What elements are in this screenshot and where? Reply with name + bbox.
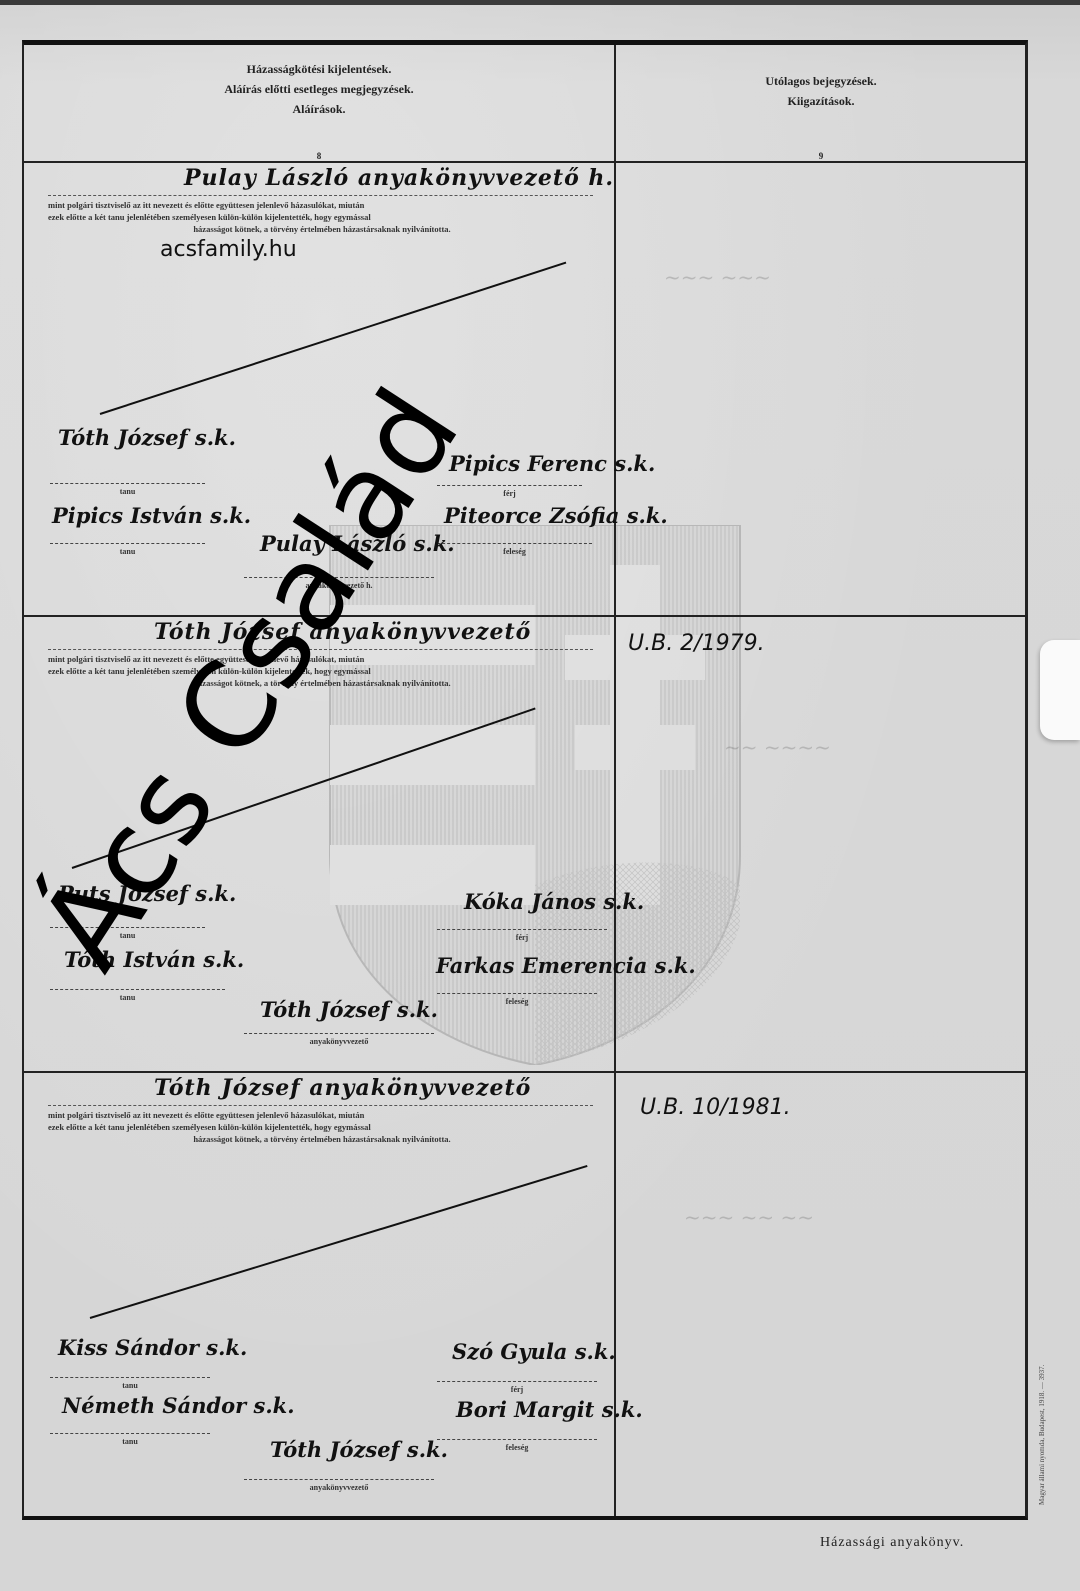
registrar-signature: Tóth József s.k. <box>260 997 438 1022</box>
signature-line <box>244 1479 434 1480</box>
printed-declaration: mint polgári tisztviselő az itt nevezett… <box>48 199 596 211</box>
bride-signature: Bori Margit s.k. <box>456 1397 643 1422</box>
column-number: 8 <box>24 151 614 161</box>
role-label: férj <box>437 1385 597 1394</box>
role-label: tanu <box>50 993 205 1002</box>
column-header-signatures: Házasságkötési kijelentések. Aláírás elő… <box>24 45 614 163</box>
bride-signature: Piteorce Zsófia s.k. <box>444 503 668 528</box>
later-entry-annotation: U.B. 2/1979. <box>628 631 765 656</box>
site-watermark: acsfamily.hu <box>160 237 297 262</box>
role-label: tanu <box>50 487 205 496</box>
role-label: tanu <box>50 1381 210 1390</box>
groom-signature: Kóka János s.k. <box>464 889 644 914</box>
printed-declaration: ezek előtte a két tanu jelenlétében szem… <box>48 1121 596 1133</box>
header-text: Kiigazítások. <box>616 91 1026 111</box>
role-label: anyakönyvvezető <box>244 1037 434 1046</box>
column-divider <box>614 45 616 1516</box>
role-label: feleség <box>437 547 592 556</box>
groom-signature: Szó Gyula s.k. <box>452 1339 616 1364</box>
witness-signature: Németh Sándor s.k. <box>62 1393 295 1418</box>
header-text: Házasságkötési kijelentések. <box>24 59 614 79</box>
header-text: Aláírás előtti esetleges megjegyzések. <box>24 79 614 99</box>
signature-line <box>437 543 592 544</box>
registrar-signature: Tóth József s.k. <box>270 1437 448 1462</box>
role-label: tanu <box>50 547 205 556</box>
signature-line <box>437 1439 597 1440</box>
header-text: Utólagos bejegyzések. <box>616 71 1026 91</box>
signature-line <box>50 989 225 990</box>
role-label: férj <box>437 489 582 498</box>
column-number: 9 <box>616 151 1026 161</box>
witness-signature: Kiss Sándor s.k. <box>58 1335 247 1360</box>
witness-signature: Tóth József s.k. <box>58 425 236 450</box>
printed-declaration: házasságot kötnek, a törvény értelmében … <box>48 1133 596 1145</box>
signature-line <box>50 543 205 544</box>
role-label: feleség <box>437 1443 597 1452</box>
role-label: tanu <box>50 1437 210 1446</box>
printed-declaration: mint polgári tisztviselő az itt nevezett… <box>48 1109 596 1121</box>
header-text: Aláírások. <box>24 99 614 119</box>
signature-line <box>437 485 582 486</box>
signature-line <box>437 1381 597 1382</box>
signature-line <box>50 1433 210 1434</box>
printer-imprint: Magyar állami nyomda, Budapest, 1918. — … <box>1038 1265 1052 1505</box>
document-page: Házasságkötési kijelentések. Aláírás elő… <box>0 5 1080 1591</box>
registrar-header: Pulay László anyakönyvvezető h. <box>184 165 614 191</box>
register-entry-3: Tóth József anyakönyvvezető mint polgári… <box>24 1073 614 1523</box>
role-label: feleség <box>437 997 597 1006</box>
signature-line <box>244 1033 434 1034</box>
role-label: férj <box>437 933 607 942</box>
bride-signature: Farkas Emerencia s.k. <box>436 953 696 978</box>
column-header-later-entries: Utólagos bejegyzések. Kiigazítások. 9 <box>616 45 1026 163</box>
witness-signature: Pipics István s.k. <box>52 503 251 528</box>
signature-line <box>50 483 205 484</box>
role-label: anyakönyvvezető <box>244 1483 434 1492</box>
footer-title: Házassági anyakönyv. <box>820 1535 964 1551</box>
bleed-through-text: ~~~ ~~ ~~ <box>684 1205 814 1229</box>
underline <box>48 195 593 196</box>
printed-declaration: ezek előtte a két tanu jelenlétében szem… <box>48 211 596 223</box>
groom-signature: Pipics Ferenc s.k. <box>449 451 655 476</box>
printed-declaration: házasságot kötnek, a törvény értelmében … <box>48 223 596 235</box>
strike-line <box>100 262 567 415</box>
later-entry-annotation: U.B. 10/1981. <box>640 1095 791 1120</box>
underline <box>48 1105 593 1106</box>
bleed-through-text: ~~~ ~~~ <box>664 265 771 289</box>
bleed-through-text: ~~ ~~~~ <box>724 735 831 759</box>
side-panel-handle[interactable] <box>1040 640 1080 740</box>
signature-line <box>50 1377 210 1378</box>
registrar-header: Tóth József anyakönyvvezető <box>154 1075 531 1101</box>
strike-line <box>90 1165 588 1319</box>
signature-line <box>437 993 597 994</box>
signature-line <box>437 929 607 930</box>
